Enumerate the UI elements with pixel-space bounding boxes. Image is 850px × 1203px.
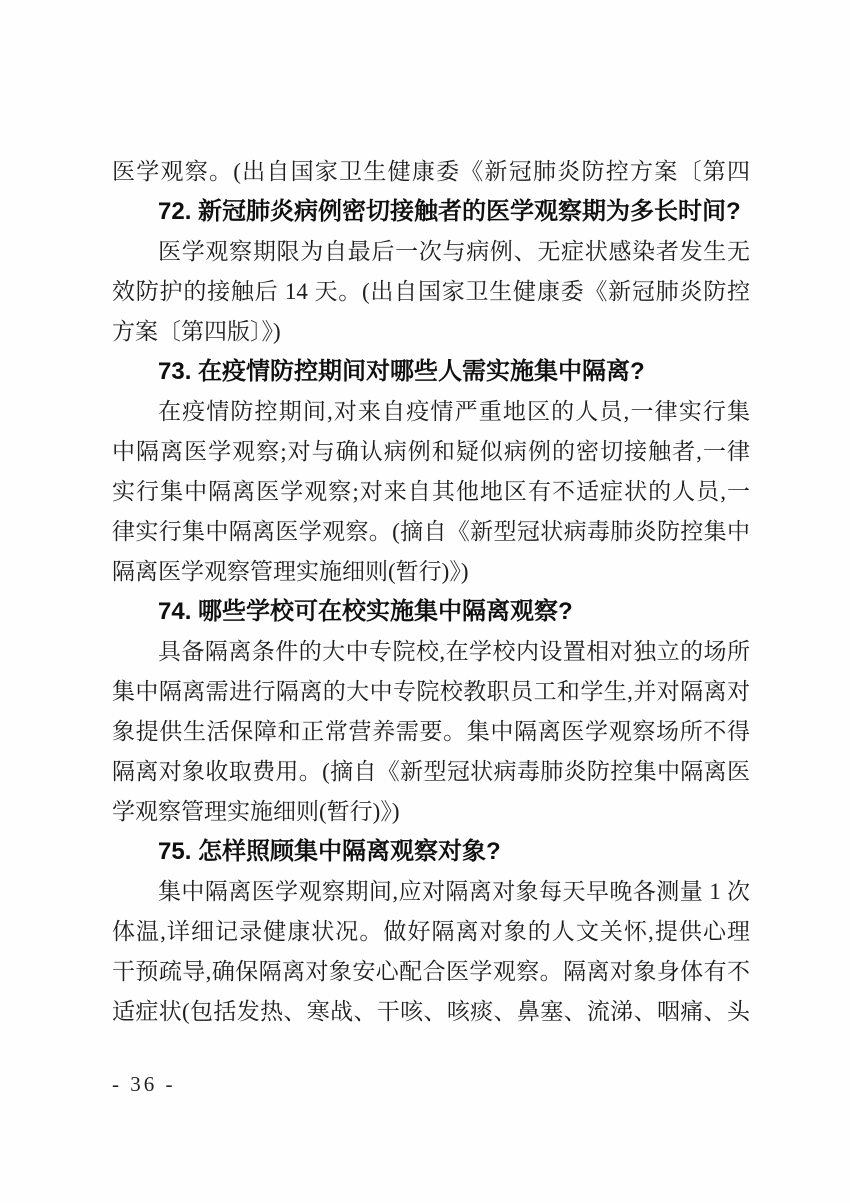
question-heading-72: 72. 新冠肺炎病例密切接触者的医学观察期为多长时间? bbox=[112, 192, 750, 232]
answer-line: 体温,详细记录健康状况。做好隔离对象的人文关怀,提供心理 bbox=[112, 912, 750, 952]
answer-line: 学观察管理实施细则(暂行)》) bbox=[112, 792, 750, 832]
continued-paragraph-line: 医学观察。(出自国家卫生健康委《新冠肺炎防控方案〔第四版〕》) bbox=[112, 152, 750, 192]
answer-line: 隔离医学观察管理实施细则(暂行)》) bbox=[112, 552, 750, 592]
answer-line: 律实行集中隔离医学观察。(摘自《新型冠状病毒肺炎防控集中 bbox=[112, 512, 750, 552]
answer-line: 适症状(包括发热、寒战、干咳、咳痰、鼻塞、流涕、咽痛、头 bbox=[112, 992, 750, 1032]
answer-line: 在疫情防控期间,对来自疫情严重地区的人员,一律实行集 bbox=[112, 392, 750, 432]
answer-line: 象提供生活保障和正常营养需要。集中隔离医学观察场所不得向 bbox=[112, 712, 750, 752]
document-page: 医学观察。(出自国家卫生健康委《新冠肺炎防控方案〔第四版〕》) 72. 新冠肺炎… bbox=[0, 0, 850, 1203]
answer-line: 集中隔离医学观察期间,应对隔离对象每天早晚各测量 1 次 bbox=[112, 872, 750, 912]
page-content: 医学观察。(出自国家卫生健康委《新冠肺炎防控方案〔第四版〕》) 72. 新冠肺炎… bbox=[112, 152, 750, 1032]
answer-line: 具备隔离条件的大中专院校,在学校内设置相对独立的场所 bbox=[112, 632, 750, 672]
answer-line: 效防护的接触后 14 天。(出自国家卫生健康委《新冠肺炎防控 bbox=[112, 272, 750, 312]
answer-line: 干预疏导,确保隔离对象安心配合医学观察。隔离对象身体有不 bbox=[112, 952, 750, 992]
page-number: - 36 - bbox=[112, 1070, 176, 1098]
answer-line: 实行集中隔离医学观察;对来自其他地区有不适症状的人员,一 bbox=[112, 472, 750, 512]
answer-line: 方案〔第四版〕》) bbox=[112, 312, 750, 352]
question-heading-75: 75. 怎样照顾集中隔离观察对象? bbox=[112, 832, 750, 872]
answer-line: 中隔离医学观察;对与确认病例和疑似病例的密切接触者,一律 bbox=[112, 432, 750, 472]
answer-line: 医学观察期限为自最后一次与病例、无症状感染者发生无有 bbox=[112, 232, 750, 272]
answer-line: 集中隔离需进行隔离的大中专院校教职员工和学生,并对隔离对 bbox=[112, 672, 750, 712]
answer-line: 隔离对象收取费用。(摘自《新型冠状病毒肺炎防控集中隔离医 bbox=[112, 752, 750, 792]
question-heading-73: 73. 在疫情防控期间对哪些人需实施集中隔离? bbox=[112, 352, 750, 392]
question-heading-74: 74. 哪些学校可在校实施集中隔离观察? bbox=[112, 592, 750, 632]
